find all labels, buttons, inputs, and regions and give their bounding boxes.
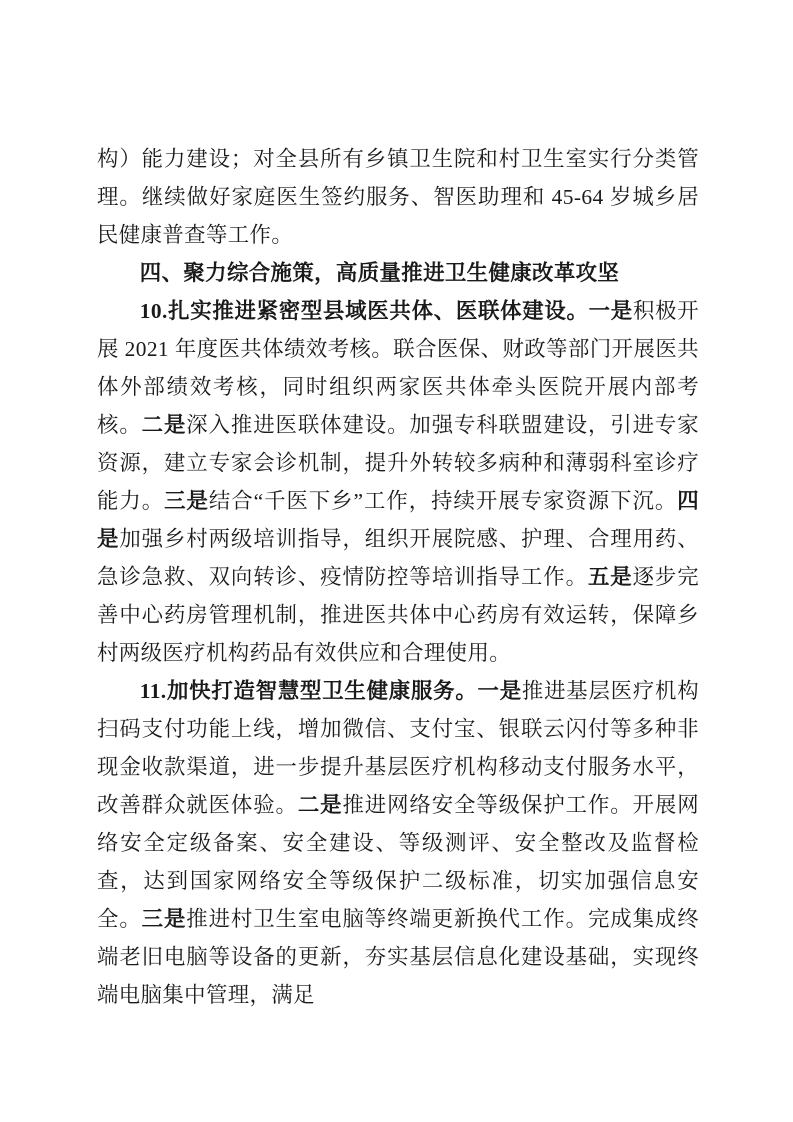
text-run: 四、聚力综合施策，高质量推进卫生健康改革攻坚 (140, 261, 619, 285)
heading-section-4: 四、聚力综合施策，高质量推进卫生健康改革攻坚 (97, 254, 699, 292)
text-run: 二是 (298, 793, 343, 817)
text-run: 三是 (164, 489, 209, 513)
text-run: 11.加快打造智慧型卫生健康服务。一是 (140, 679, 522, 703)
document-page: 构）能力建设；对全县所有乡镇卫生院和村卫生室实行分类管理。继续做好家庭医生签约服… (0, 0, 793, 1122)
para-item-10: 10.扎实推进紧密型县域医共体、医联体建设。一是积极开展 2021 年度医共体绩… (97, 292, 699, 672)
text-run: 结合“千医下乡”工作，持续开展专家资源下沉。 (209, 489, 677, 513)
document-body: 构）能力建设；对全县所有乡镇卫生院和村卫生室实行分类管理。继续做好家庭医生签约服… (97, 140, 699, 1014)
text-run: 三是 (142, 907, 187, 931)
text-run: 构）能力建设；对全县所有乡镇卫生院和村卫生室实行分类管理。继续做好家庭医生签约服… (97, 147, 699, 247)
text-run: 10.扎实推进紧密型县域医共体、医联体建设。一是 (140, 299, 633, 323)
text-run: 二是 (142, 413, 187, 437)
para-continuation: 构）能力建设；对全县所有乡镇卫生院和村卫生室实行分类管理。继续做好家庭医生签约服… (97, 140, 699, 254)
para-item-11: 11.加快打造智慧型卫生健康服务。一是推进基层医疗机构扫码支付功能上线，增加微信… (97, 672, 699, 1014)
text-run: 五是 (588, 565, 633, 589)
text-run: 推进村卫生室电脑等终端更新换代工作。完成集成终端老旧电脑等设备的更新，夯实基层信… (97, 907, 699, 1007)
